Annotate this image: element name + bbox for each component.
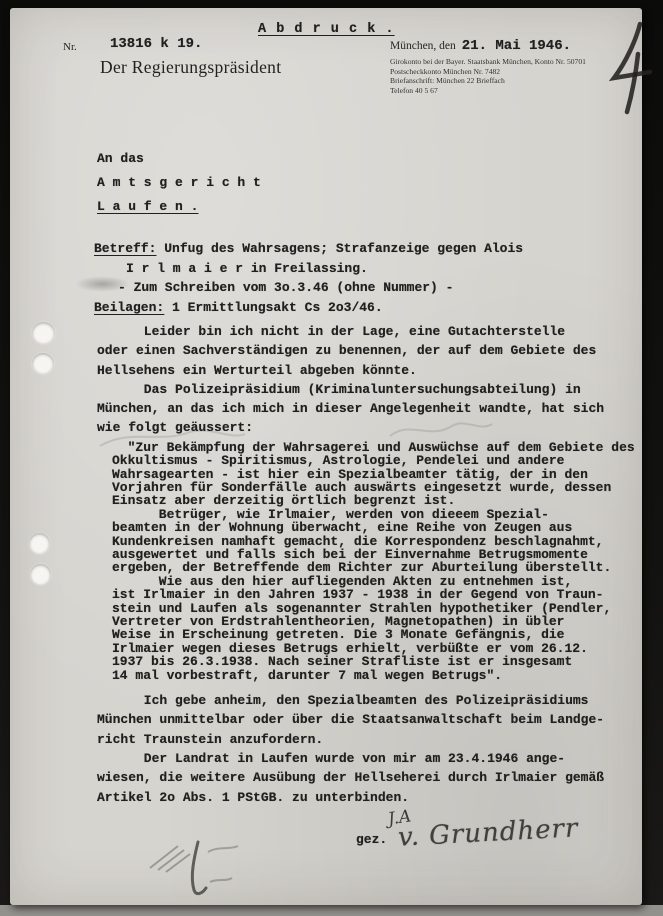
recipient-address: An das A m t s g e r i c h t L a u f e n… xyxy=(97,147,261,219)
handwritten-signature: v. Grundherr xyxy=(397,813,579,852)
handwritten-page-number xyxy=(598,20,658,115)
pencil-scribble xyxy=(120,836,290,906)
beilagen-label: Beilagen: xyxy=(94,300,164,315)
subject-line: Betreff: Unfug des Wahrsagens; Strafanze… xyxy=(94,239,614,259)
body-intro-paragraphs: Leider bin ich nicht in der Lage, eine G… xyxy=(97,322,645,438)
signature-block: gez. J.A v. Grundherr xyxy=(340,806,620,878)
document-page: A b d r u c k . Nr. 13816 k 19. München,… xyxy=(10,8,642,905)
subject-block: Betreff: Unfug des Wahrsagens; Strafanze… xyxy=(94,239,614,317)
police-statement-quote: "Zur Bekämpfung der Wahrsagerei und Ausw… xyxy=(112,441,645,682)
subject-name-line: I r l m a i e r in Freilassing. xyxy=(94,259,614,279)
place-date-line: München, den21. Mai 1946. xyxy=(390,36,571,54)
sender-title: Der Regierungspräsident xyxy=(100,57,281,78)
recipient-line: L a u f e n . xyxy=(97,195,261,219)
letter-date: 21. Mai 1946. xyxy=(462,38,571,54)
beilagen-text: 1 Ermittlungsakt Cs 2o3/46. xyxy=(164,300,382,315)
gez-label: gez. xyxy=(356,832,387,847)
scan-edge-strip xyxy=(0,905,663,916)
nr-label: Nr. xyxy=(63,41,77,53)
reference-line: - Zum Schreiben vom 3o.3.46 (ohne Nummer… xyxy=(94,278,614,298)
betreff-text: Unfug des Wahrsagens; Strafanzeige gegen… xyxy=(156,241,523,256)
letter-body: Leider bin ich nicht in der Lage, eine G… xyxy=(97,322,645,807)
punch-hole xyxy=(32,322,55,344)
betreff-label: Betreff: xyxy=(94,241,156,256)
abdruck-stamp: A b d r u c k . xyxy=(258,22,395,37)
punch-hole xyxy=(29,533,50,554)
punch-hole xyxy=(30,564,51,585)
body-closing-paragraphs: Ich gebe anheim, den Spezialbeamten des … xyxy=(97,691,645,807)
file-number: 13816 k 19. xyxy=(110,36,202,52)
enclosure-line: Beilagen: 1 Ermittlungsakt Cs 2o3/46. xyxy=(94,298,614,318)
recipient-line: A m t s g e r i c h t xyxy=(97,171,261,195)
place-date-label: München, den xyxy=(390,40,456,52)
recipient-line: An das xyxy=(97,147,261,171)
punch-hole xyxy=(32,353,54,374)
